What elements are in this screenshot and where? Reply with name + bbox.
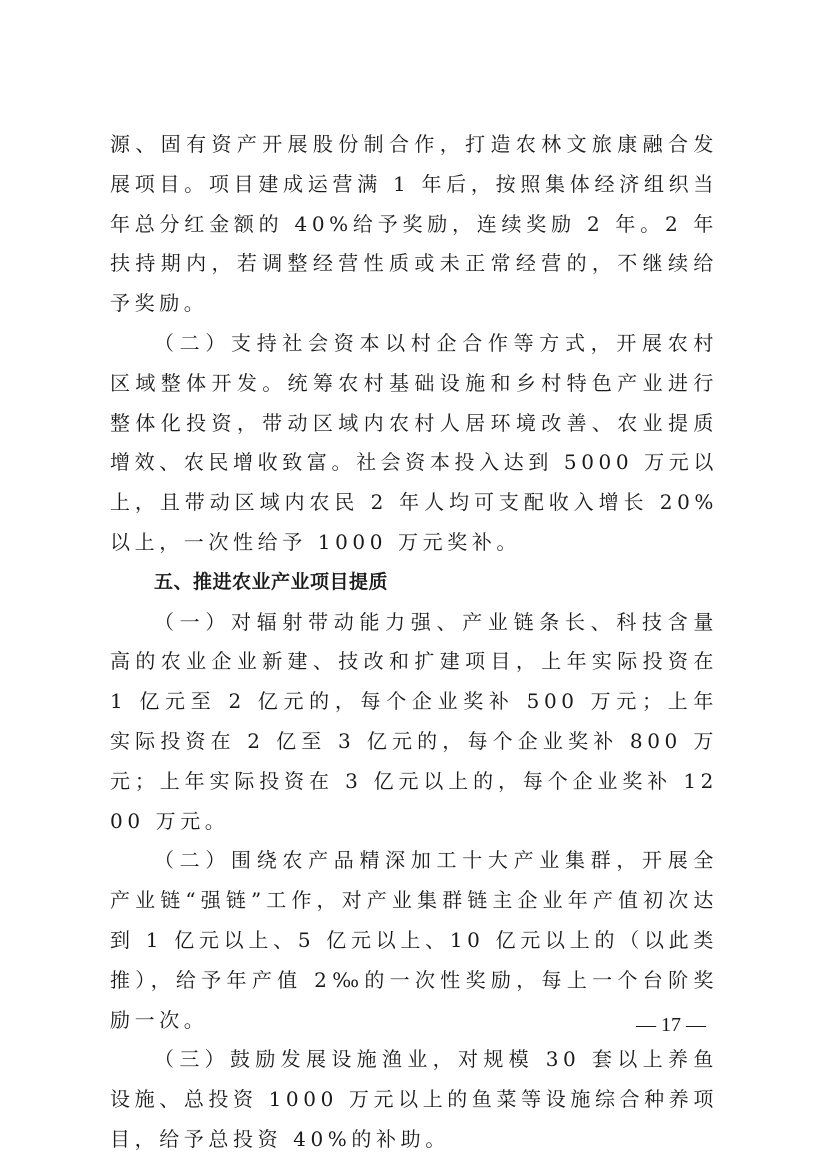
paragraph-5-3-fishery: （三）鼓励发展设施渔业，对规模 30 套以上养鱼设施、总投资 1000 万元以上… <box>110 1040 718 1159</box>
paragraph-4-2-rural-development: （二）支持社会资本以村企合作等方式，开展农村区域整体开发。统筹农村基础设施和乡村… <box>110 324 718 563</box>
document-page: 源、固有资产开展股份制合作，打造农林文旅康融合发展项目。项目建成运营满 1 年后… <box>110 125 718 1160</box>
page-number: — 17 — <box>630 1010 712 1040</box>
section-heading: 五、推进农业产业项目提质 <box>110 563 718 603</box>
paragraph-continuation: 源、固有资产开展股份制合作，打造农林文旅康融合发展项目。项目建成运营满 1 年后… <box>110 125 718 324</box>
paragraph-5-2-industry-cluster: （二）围绕农产品精深加工十大产业集群，开展全产业链“强链”工作，对产业集群链主企… <box>110 841 718 1040</box>
paragraph-5-1-enterprise-investment: （一）对辐射带动能力强、产业链条长、科技含量高的农业企业新建、技改和扩建项目，上… <box>110 603 718 842</box>
